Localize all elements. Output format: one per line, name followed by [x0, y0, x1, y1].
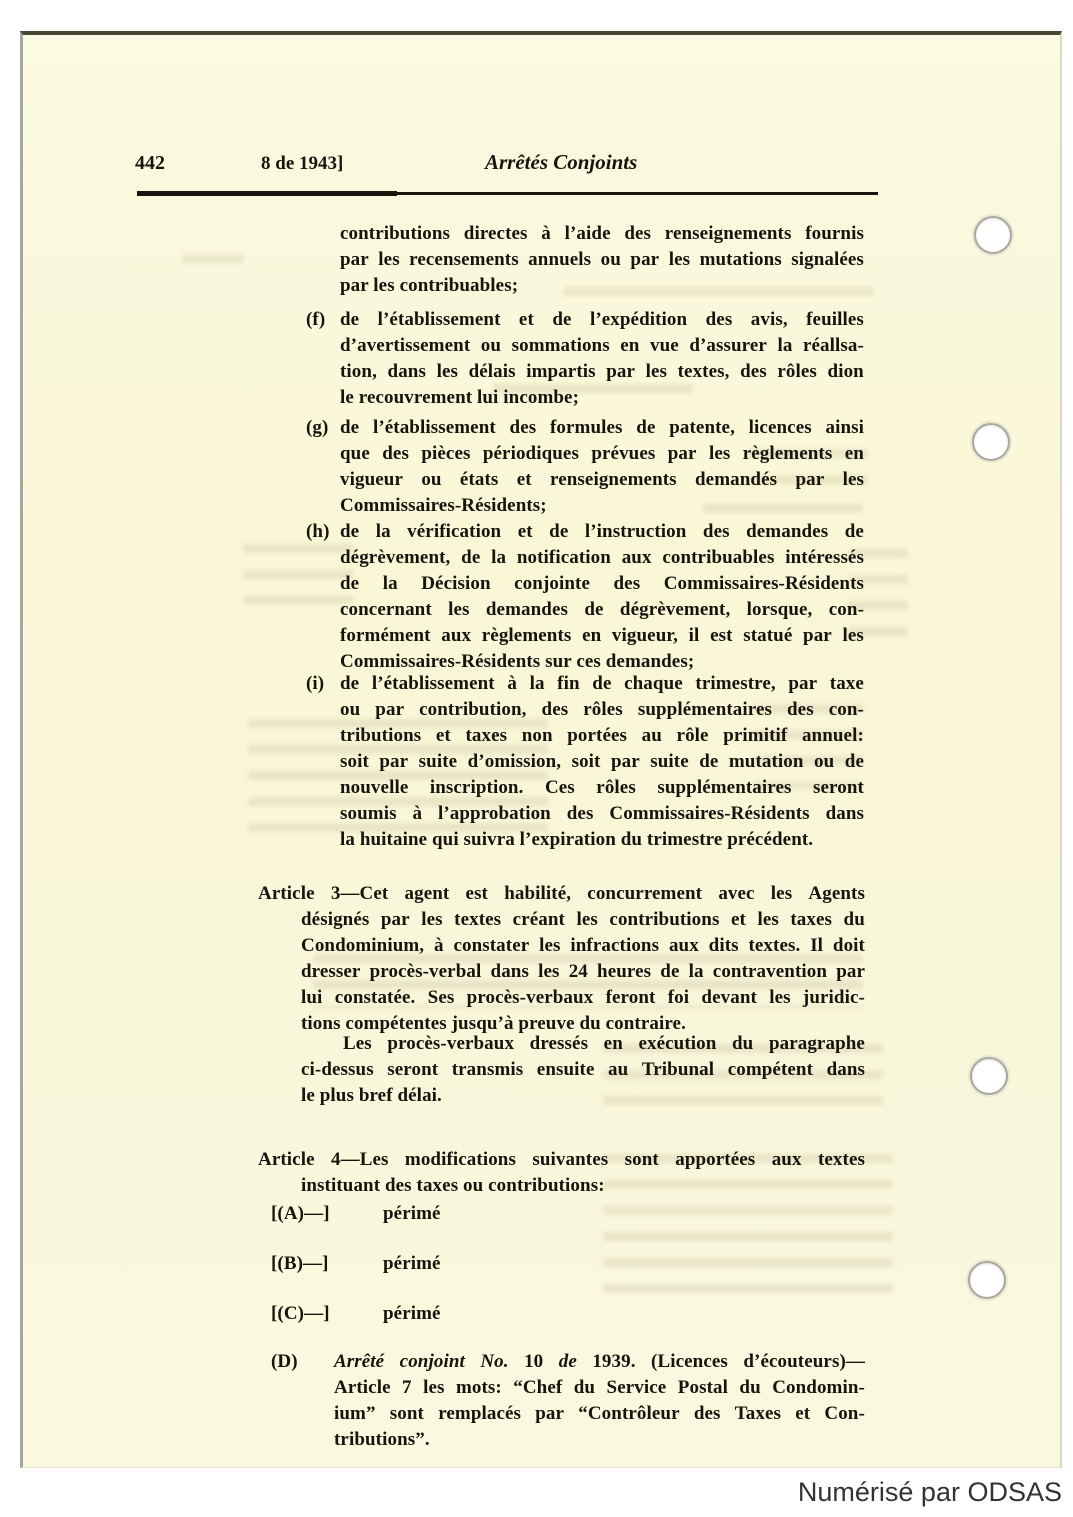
- text-line: d’avertissementousommationsenvued’assure…: [340, 333, 864, 359]
- text-line: quedespiècespériodiquesprévuesparlesrègl…: [340, 441, 864, 467]
- punch-hole: [974, 216, 1012, 254]
- text-line: ouparcontribution,desrôlessupplémentaire…: [340, 697, 864, 723]
- text-line: tributions”.: [334, 1427, 865, 1453]
- page-number: 442: [135, 151, 165, 175]
- text-line: parlesrecensementsannuelsouparlesmutatio…: [340, 247, 864, 273]
- item-label: (h): [306, 519, 330, 545]
- text-line: Article4—Lesmodificationssuivantessontap…: [258, 1147, 865, 1173]
- text-line: dégrèvement,delanotificationauxcontribua…: [340, 545, 864, 571]
- block-art3: Article3—Cetagentesthabilité,concurremen…: [258, 881, 865, 1037]
- text-line: Article3—Cetagentesthabilité,concurremen…: [258, 881, 865, 907]
- block-d: (D)ArrêtéconjointNo.10de1939.(Licencesd’…: [334, 1349, 865, 1453]
- punch-hole: [968, 1261, 1006, 1299]
- text-line: désignésparlestextescréantlescontributio…: [301, 907, 865, 933]
- header-issue: 8 de 1943]: [261, 152, 343, 176]
- text-line: nouvelleinscription.Cesrôlessupplémentai…: [340, 775, 864, 801]
- text-line: del’établissementdesformulesdepatente,li…: [340, 415, 864, 441]
- bleedthrough-smudge: [183, 254, 243, 268]
- text-line: ium”sontremplacéspar“ContrôleurdesTaxese…: [334, 1401, 865, 1427]
- item-label: [(B)—]: [271, 1251, 383, 1277]
- scanned-document-view: 442 8 de 1943] Arrêtés Conjoints contrib…: [0, 0, 1073, 1517]
- text-line: dresserprocès-verbaldansles24heuresdelac…: [301, 959, 865, 985]
- block-h: (h)delavérificationetdel’instructiondesd…: [340, 519, 864, 675]
- text-line: Condominium,àconstaterlesinfractionsauxd…: [301, 933, 865, 959]
- text-line: le recouvrement lui incombe;: [340, 385, 864, 411]
- text-line: del’établissementetdel’expéditiondesavis…: [340, 307, 864, 333]
- text-line: contributionsdirectesàl’aidedesrenseigne…: [340, 221, 864, 247]
- text-line: instituant des taxes ou contributions:: [301, 1173, 865, 1199]
- block-itemB: [(B)—]périmé: [271, 1251, 441, 1277]
- header-rule: [137, 192, 878, 195]
- item-text: périmé: [383, 1203, 441, 1224]
- block-f: (f)del’établissementetdel’expéditiondesa…: [340, 307, 864, 411]
- item-label: (f): [306, 307, 325, 333]
- text-line: soitparsuited’omission,soitparsuitedemut…: [340, 749, 864, 775]
- header-title: Arrêtés Conjoints: [485, 150, 637, 174]
- item-label: [(C)—]: [271, 1301, 383, 1327]
- item-text: périmé: [383, 1303, 441, 1324]
- block-art4: Article4—Lesmodificationssuivantessontap…: [258, 1147, 865, 1199]
- text-line: ArrêtéconjointNo.10de1939.(Licencesd’éco…: [334, 1349, 865, 1375]
- text-line: delavérificationetdel’instructiondesdema…: [340, 519, 864, 545]
- block-p0: contributionsdirectesàl’aidedesrenseigne…: [340, 221, 864, 299]
- text-line: del’établissementàlafindechaquetrimestre…: [340, 671, 864, 697]
- item-label: (D): [271, 1349, 298, 1375]
- item-label: [(A)—]: [271, 1201, 383, 1227]
- text-line: formémentauxrèglementsenvigueur,ileststa…: [340, 623, 864, 649]
- block-itemA: [(A)—]périmé: [271, 1201, 441, 1227]
- text-line: Commissaires-Résidents;: [340, 493, 864, 519]
- block-art3p2: Lesprocès-verbauxdressésenexécutiondupar…: [301, 1031, 865, 1109]
- page-scan: 442 8 de 1943] Arrêtés Conjoints contrib…: [20, 31, 1062, 1468]
- text-line: tion,danslesdélaisimpartisparlestextes,d…: [340, 359, 864, 385]
- item-text: périmé: [383, 1253, 441, 1274]
- text-line: ci-dessusseronttransmisensuiteauTribunal…: [301, 1057, 865, 1083]
- item-label: (g): [306, 415, 328, 441]
- text-line: tributionsettaxesnonportéesaurôleprimiti…: [340, 723, 864, 749]
- text-line: luiconstatée.Sesprocès-verbauxferontfoid…: [301, 985, 865, 1011]
- text-line: concernantlesdemandesdedégrèvement,lorsq…: [340, 597, 864, 623]
- text-line: delaDécisionconjointedesCommissaires-Rés…: [340, 571, 864, 597]
- bleedthrough-smudge: [243, 544, 353, 604]
- block-itemC: [(C)—]périmé: [271, 1301, 441, 1327]
- scan-attribution: Numérisé par ODSAS: [798, 1477, 1062, 1508]
- punch-hole: [972, 423, 1010, 461]
- text-line: soumisàl’approbationdesCommissaires-Rési…: [340, 801, 864, 827]
- text-line: le plus bref délai.: [301, 1083, 865, 1109]
- block-g: (g)del’établissementdesformulesdepatente…: [340, 415, 864, 519]
- text-line: vigueurouétatsetrenseignementsdemandéspa…: [340, 467, 864, 493]
- item-label: (i): [306, 671, 324, 697]
- text-line: Lesprocès-verbauxdressésenexécutiondupar…: [343, 1031, 865, 1057]
- text-line: par les contribuables;: [340, 273, 864, 299]
- text-line: Article7lesmots:“ChefduServicePostalduCo…: [334, 1375, 865, 1401]
- text-line: la huitaine qui suivra l’expiration du t…: [340, 827, 864, 853]
- block-i: (i)del’établissementàlafindechaquetrimes…: [340, 671, 864, 853]
- punch-hole: [970, 1057, 1008, 1095]
